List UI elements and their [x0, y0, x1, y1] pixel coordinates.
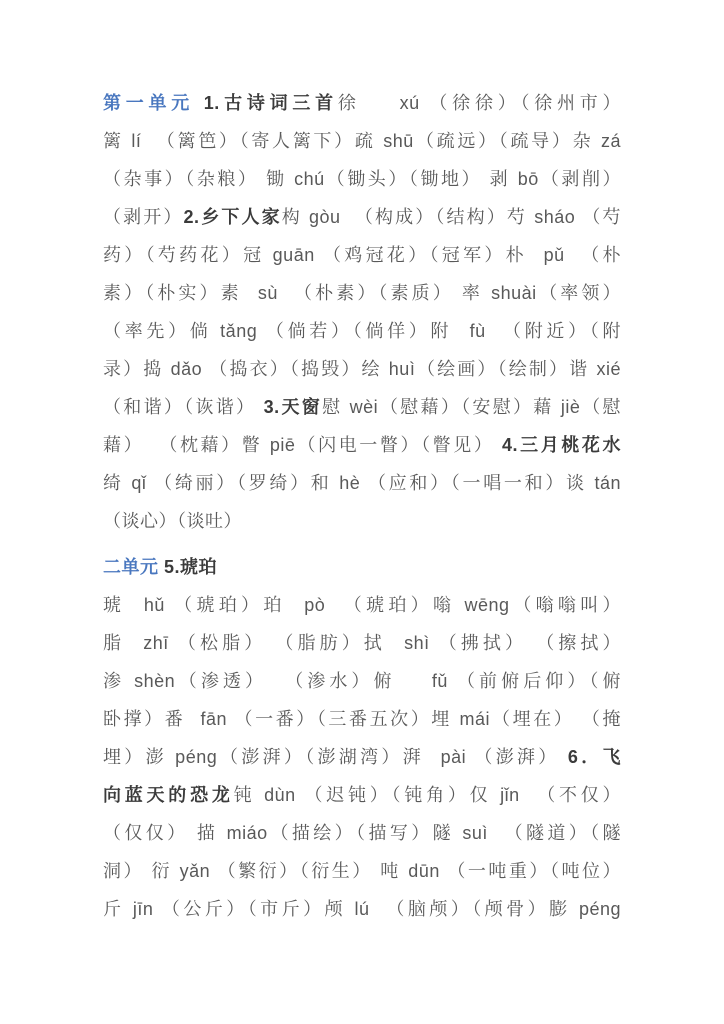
body-text: 洞） 衍 yǎn （繁衍）（衍生） 吨 dūn （一吨重）（吨位） — [103, 861, 621, 881]
body-text: 构 gòu （构成）（结构）芍 sháo （芍 — [282, 207, 621, 227]
lesson-title: 5.琥珀 — [164, 557, 217, 577]
text-line: 篱 lí （篱笆）（寄人篱下）疏 shū（疏远）（疏导）杂 zá — [103, 122, 621, 160]
unit-heading: 第一单元 — [103, 93, 204, 113]
text-line: 录）捣 dǎo （捣衣）（捣毁）绘 huì（绘画）（绘制）谐 xié — [103, 350, 621, 388]
body-text: 钝 dùn （迟钝）（钝角）仅 jǐn （不仅） — [234, 785, 621, 805]
body-text: 藉） （枕藉）瞥 piē（闪电一瞥）（瞥见） — [103, 435, 502, 455]
body-text: （和谐）（诙谐） — [103, 397, 264, 417]
lesson-title: 向蓝天的恐龙 — [103, 785, 234, 805]
text-line: 洞） 衍 yǎn （繁衍）（衍生） 吨 dūn （一吨重）（吨位） — [103, 852, 621, 890]
text-line: 二单元 5.琥珀 — [103, 548, 621, 586]
body-text: 卧撑）番 fān （一番）（三番五次）埋 mái（埋在） （掩 — [103, 709, 621, 729]
lesson-title: 2.乡下人家 — [184, 207, 282, 227]
body-text: （剥开） — [103, 207, 184, 227]
body-text: 篱 lí （篱笆）（寄人篱下）疏 shū（疏远）（疏导）杂 zá — [103, 131, 621, 151]
body-text: 绮 qǐ （绮丽）（罗绮）和 hè （应和）（一唱一和）谈 tán — [103, 473, 621, 493]
text-line: 斤 jīn （公斤）（市斤）颅 lú （脑颅）（颅骨）膨 péng — [103, 890, 621, 928]
body-text: 徐 xú （徐徐）（徐州市） — [338, 93, 621, 113]
body-text: 渗 shèn（渗透） （渗水）俯 fǔ （前俯后仰）（俯 — [103, 671, 621, 691]
text-line: 绮 qǐ （绮丽）（罗绮）和 hè （应和）（一唱一和）谈 tán — [103, 464, 621, 502]
body-text: 斤 jīn （公斤）（市斤）颅 lú （脑颅）（颅骨）膨 péng — [103, 899, 621, 919]
text-line: 向蓝天的恐龙钝 dùn （迟钝）（钝角）仅 jǐn （不仅） — [103, 776, 621, 814]
body-text: （谈心）（谈吐） — [103, 511, 242, 531]
lesson-title: 1.古诗词三首 — [204, 93, 338, 113]
text-line: 素）（朴实）素 sù （朴素）（素质） 率 shuài（率领） — [103, 274, 621, 312]
text-line: （和谐）（诙谐） 3.天窗慰 wèi（慰藉）（安慰）藉 jiè（慰 — [103, 388, 621, 426]
lesson-title: 3.天窗 — [264, 397, 322, 417]
body-text: 慰 wèi（慰藉）（安慰）藉 jiè（慰 — [322, 397, 621, 417]
text-line: 药）（芍药花）冠 guān （鸡冠花）（冠军）朴 pǔ （朴 — [103, 236, 621, 274]
body-text: 脂 zhī （松脂） （脂肪）拭 shì （拂拭） （擦拭） — [103, 633, 621, 653]
body-text: （杂事）（杂粮） 锄 chú（锄头）（锄地） 剥 bō（剥削） — [103, 169, 621, 189]
unit-heading: 二单元 — [103, 557, 164, 577]
text-line: （剥开）2.乡下人家构 gòu （构成）（结构）芍 sháo （芍 — [103, 198, 621, 236]
text-line: 第一单元 1.古诗词三首徐 xú （徐徐）（徐州市） — [103, 84, 621, 122]
text-line: （杂事）（杂粮） 锄 chú（锄头）（锄地） 剥 bō（剥削） — [103, 160, 621, 198]
text-line: （谈心）（谈吐） — [103, 502, 621, 540]
text-line: 卧撑）番 fān （一番）（三番五次）埋 mái（埋在） （掩 — [103, 700, 621, 738]
text-line: （率先）倘 tǎng （倘若）（倘佯）附 fù （附近）（附 — [103, 312, 621, 350]
body-text: 素）（朴实）素 sù （朴素）（素质） 率 shuài（率领） — [103, 283, 621, 303]
lesson-title: 6．飞 — [568, 747, 621, 767]
body-text: （率先）倘 tǎng （倘若）（倘佯）附 fù （附近）（附 — [103, 321, 621, 341]
lesson-title: 4.三月桃花水 — [502, 435, 621, 455]
body-text: 琥 hǔ （琥珀）珀 pò （琥珀）嗡 wēng（嗡嗡叫） — [103, 595, 621, 615]
text-line: 埋）澎 péng（澎湃）（澎湖湾）湃 pài （澎湃） 6．飞 — [103, 738, 621, 776]
body-text: 埋）澎 péng（澎湃）（澎湖湾）湃 pài （澎湃） — [103, 747, 568, 767]
text-line: 渗 shèn（渗透） （渗水）俯 fǔ （前俯后仰）（俯 — [103, 662, 621, 700]
text-line: 藉） （枕藉）瞥 piē（闪电一瞥）（瞥见） 4.三月桃花水 — [103, 426, 621, 464]
body-text: 录）捣 dǎo （捣衣）（捣毁）绘 huì（绘画）（绘制）谐 xié — [103, 359, 621, 379]
body-text: 药）（芍药花）冠 guān （鸡冠花）（冠军）朴 pǔ （朴 — [103, 245, 621, 265]
body-text: （仅仅） 描 miáo（描绘）（描写）隧 suì （隧道）（隧 — [103, 823, 621, 843]
document-lines: 第一单元 1.古诗词三首徐 xú （徐徐）（徐州市）篱 lí （篱笆）（寄人篱下… — [103, 84, 621, 928]
text-line: 琥 hǔ （琥珀）珀 pò （琥珀）嗡 wēng（嗡嗡叫） — [103, 586, 621, 624]
text-line: （仅仅） 描 miáo（描绘）（描写）隧 suì （隧道）（隧 — [103, 814, 621, 852]
document-page: 第一单元 1.古诗词三首徐 xú （徐徐）（徐州市）篱 lí （篱笆）（寄人篱下… — [0, 0, 724, 1024]
text-line: 脂 zhī （松脂） （脂肪）拭 shì （拂拭） （擦拭） — [103, 624, 621, 662]
